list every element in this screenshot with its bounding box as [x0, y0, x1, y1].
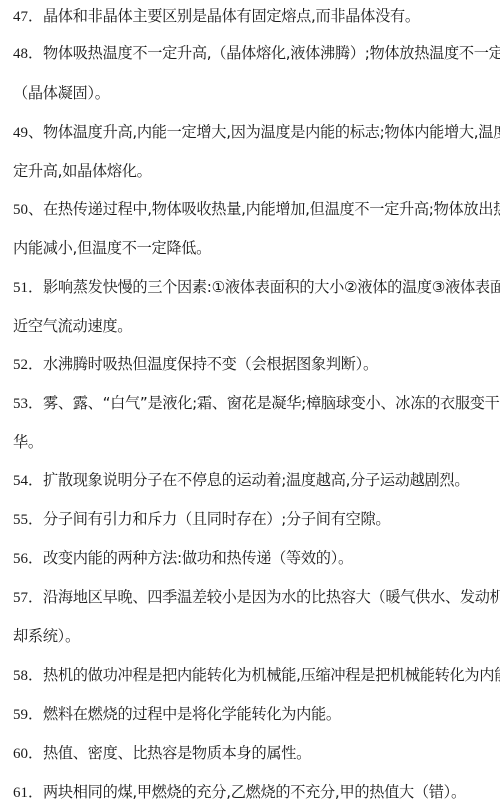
item-text: 雾、露、“白气”是液化;霜、窗花是凝华;樟脑球变小、冰冻的衣服变干是升 — [43, 394, 500, 412]
item-text: 两块相同的煤,甲燃烧的充分,乙燃烧的不充分,甲的热值大（错）。 — [43, 783, 466, 801]
item-text: 影响蒸发快慢的三个因素:①液体表面积的大小②液体的温度③液体表面附 — [43, 278, 500, 296]
item-48-continued: （晶体凝固）。 — [13, 83, 496, 103]
item-48: 48．物体吸热温度不一定升高,（晶体熔化,液体沸腾）;物体放热温度不一定降低 — [13, 43, 496, 64]
item-57-continued: 却系统）。 — [13, 626, 496, 646]
item-number: 53． — [13, 396, 43, 412]
item-number: 49、 — [13, 125, 43, 141]
item-52: 52．水沸腾时吸热但温度保持不变（会根据图象判断）。 — [13, 354, 496, 375]
item-text: 华。 — [13, 433, 43, 451]
item-number: 51． — [13, 280, 43, 296]
item-text: 定升高,如晶体熔化。 — [13, 162, 152, 180]
item-61: 61．两块相同的煤,甲燃烧的充分,乙燃烧的不充分,甲的热值大（错）。 — [13, 782, 496, 803]
item-number: 48． — [13, 46, 43, 62]
item-text: 近空气流动速度。 — [13, 317, 132, 335]
item-50-continued: 内能减小,但温度不一定降低。 — [13, 238, 496, 258]
item-49-continued: 定升高,如晶体熔化。 — [13, 161, 496, 181]
item-49: 49、物体温度升高,内能一定增大,因为温度是内能的标志;物体内能增大,温度不一 — [13, 122, 496, 143]
item-number: 50、 — [13, 202, 43, 218]
item-number: 56． — [13, 551, 43, 567]
item-number: 47． — [13, 9, 43, 25]
item-text: 在热传递过程中,物体吸收热量,内能增加,但温度不一定升高;物体放出热量, — [43, 200, 500, 218]
item-text: 分子间有引力和斥力（且同时存在）;分子间有空隙。 — [43, 510, 390, 528]
item-text: 扩散现象说明分子在不停息的运动着;温度越高,分子运动越剧烈。 — [43, 471, 469, 489]
item-number: 52． — [13, 357, 43, 373]
item-text: 水沸腾时吸热但温度保持不变（会根据图象判断）。 — [43, 355, 378, 373]
item-text: 燃料在燃烧的过程中是将化学能转化为内能。 — [43, 705, 341, 723]
item-53: 53．雾、露、“白气”是液化;霜、窗花是凝华;樟脑球变小、冰冻的衣服变干是升 — [13, 393, 496, 414]
item-number: 54． — [13, 473, 43, 489]
item-58: 58．热机的做功冲程是把内能转化为机械能,压缩冲程是把机械能转化为内能。 — [13, 665, 496, 686]
item-59: 59．燃料在燃烧的过程中是将化学能转化为内能。 — [13, 704, 496, 725]
item-number: 55． — [13, 512, 43, 528]
item-text: 物体吸热温度不一定升高,（晶体熔化,液体沸腾）;物体放热温度不一定降低 — [43, 44, 500, 62]
item-text: 内能减小,但温度不一定降低。 — [13, 239, 211, 257]
item-number: 60． — [13, 746, 43, 762]
document-page: 47．晶体和非晶体主要区别是晶体有固定熔点,而非晶体没有。 48．物体吸热温度不… — [0, 0, 500, 810]
item-text: （晶体凝固）。 — [13, 84, 110, 102]
item-54: 54．扩散现象说明分子在不停息的运动着;温度越高,分子运动越剧烈。 — [13, 470, 496, 491]
item-51-continued: 近空气流动速度。 — [13, 316, 496, 336]
item-text: 晶体和非晶体主要区别是晶体有固定熔点,而非晶体没有。 — [43, 7, 420, 25]
item-57: 57．沿海地区早晚、四季温差较小是因为水的比热容大（暖气供水、发动机的冷 — [13, 587, 496, 608]
item-text: 热机的做功冲程是把内能转化为机械能,压缩冲程是把机械能转化为内能。 — [43, 666, 500, 684]
item-number: 58． — [13, 668, 43, 684]
item-number: 59． — [13, 707, 43, 723]
item-text: 热值、密度、比热容是物质本身的属性。 — [43, 744, 311, 762]
item-53-continued: 华。 — [13, 432, 496, 452]
item-55: 55．分子间有引力和斥力（且同时存在）;分子间有空隙。 — [13, 509, 496, 530]
item-56: 56．改变内能的两种方法:做功和热传递（等效的）。 — [13, 548, 496, 569]
item-text: 改变内能的两种方法:做功和热传递（等效的）。 — [43, 549, 353, 567]
item-51: 51．影响蒸发快慢的三个因素:①液体表面积的大小②液体的温度③液体表面附 — [13, 277, 496, 298]
item-number: 57． — [13, 590, 43, 606]
item-text: 沿海地区早晚、四季温差较小是因为水的比热容大（暖气供水、发动机的冷 — [43, 588, 500, 606]
item-47: 47．晶体和非晶体主要区别是晶体有固定熔点,而非晶体没有。 — [13, 6, 496, 27]
item-50: 50、在热传递过程中,物体吸收热量,内能增加,但温度不一定升高;物体放出热量, — [13, 199, 496, 220]
item-text: 物体温度升高,内能一定增大,因为温度是内能的标志;物体内能增大,温度不一 — [43, 123, 500, 141]
item-number: 61． — [13, 785, 43, 801]
item-60: 60．热值、密度、比热容是物质本身的属性。 — [13, 743, 496, 764]
item-text: 却系统）。 — [13, 627, 80, 645]
